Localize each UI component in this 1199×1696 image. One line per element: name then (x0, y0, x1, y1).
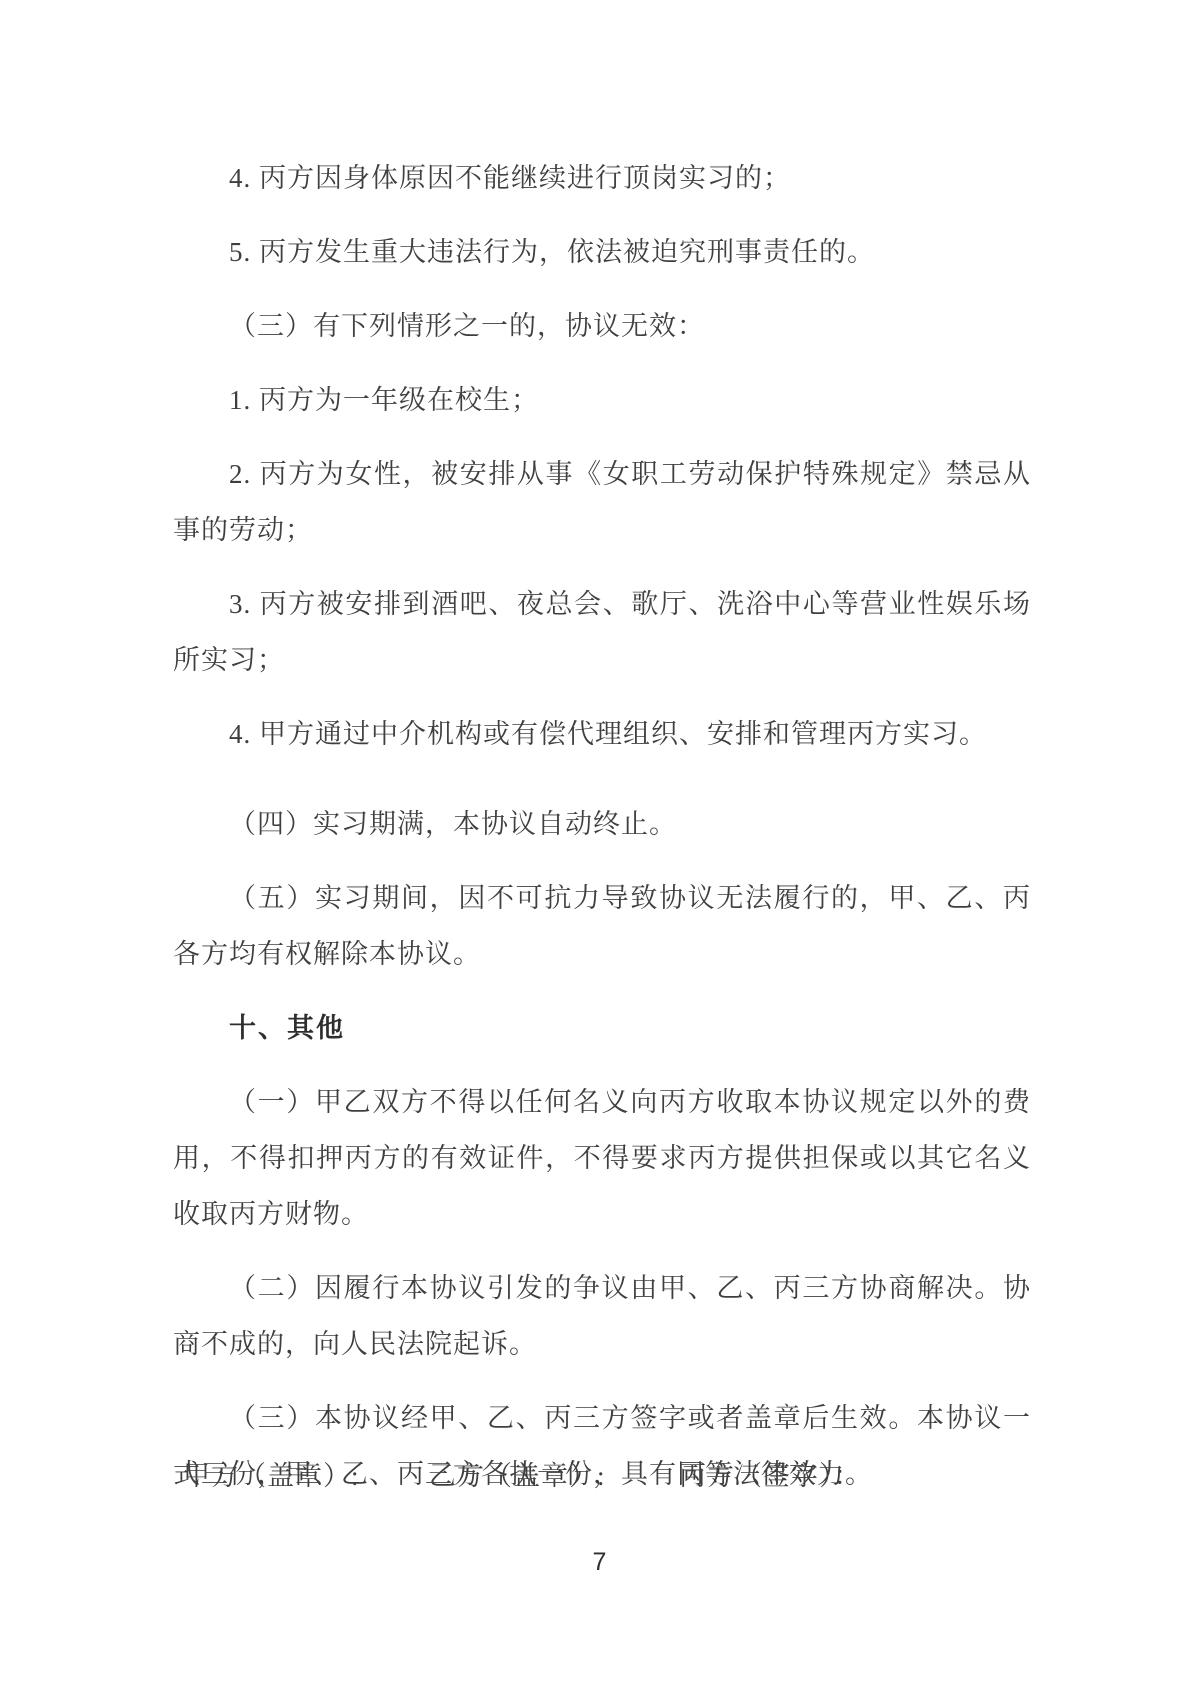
document-paragraph: 4. 甲方通过中介机构或有偿代理组织、安排和管理丙方实习。 (173, 706, 1031, 762)
document-body: 4. 丙方因身体原因不能继续进行顶岗实习的；5. 丙方发生重大违法行为，依法被迫… (173, 150, 1031, 1520)
document-paragraph: 4. 丙方因身体原因不能继续进行顶岗实习的； (173, 150, 1031, 206)
signature-row: 甲方（盖章）: 乙方（盖章）: 丙方（签字）： (173, 1448, 1031, 1504)
document-paragraph: （一）甲乙双方不得以任何名义向丙方收取本协议规定以外的费用，不得扣押丙方的有效证… (173, 1074, 1031, 1242)
document-paragraph: 2. 丙方为女性，被安排从事《女职工劳动保护特殊规定》禁忌从事的劳动； (173, 446, 1031, 558)
document-paragraph: （五）实习期间，因不可抗力导致协议无法履行的，甲、乙、丙各方均有权解除本协议。 (173, 870, 1031, 982)
document-paragraph: （四）实习期满，本协议自动终止。 (173, 796, 1031, 852)
document-paragraph: 1. 丙方为一年级在校生； (173, 372, 1031, 428)
document-paragraph: （二）因履行本协议引发的争议由甲、乙、丙三方协商解决。协商不成的，向人民法院起诉… (173, 1260, 1031, 1372)
page-number: 7 (0, 1548, 1199, 1577)
document-page: 4. 丙方因身体原因不能继续进行顶岗实习的；5. 丙方发生重大违法行为，依法被迫… (0, 0, 1199, 1696)
document-paragraph: （三）有下列情形之一的，协议无效： (173, 298, 1031, 354)
party-b-seal-label: 乙方（盖章）: (429, 1448, 606, 1504)
section-heading: 十、其他 (173, 1000, 1031, 1056)
document-paragraph: 5. 丙方发生重大违法行为，依法被迫究刑事责任的。 (173, 224, 1031, 280)
party-a-seal-label: 甲方（盖章）: (183, 1448, 360, 1504)
party-c-signature-label: 丙方（签字）： (679, 1448, 862, 1504)
document-paragraph: 3. 丙方被安排到酒吧、夜总会、歌厅、洗浴中心等营业性娱乐场所实习； (173, 576, 1031, 688)
